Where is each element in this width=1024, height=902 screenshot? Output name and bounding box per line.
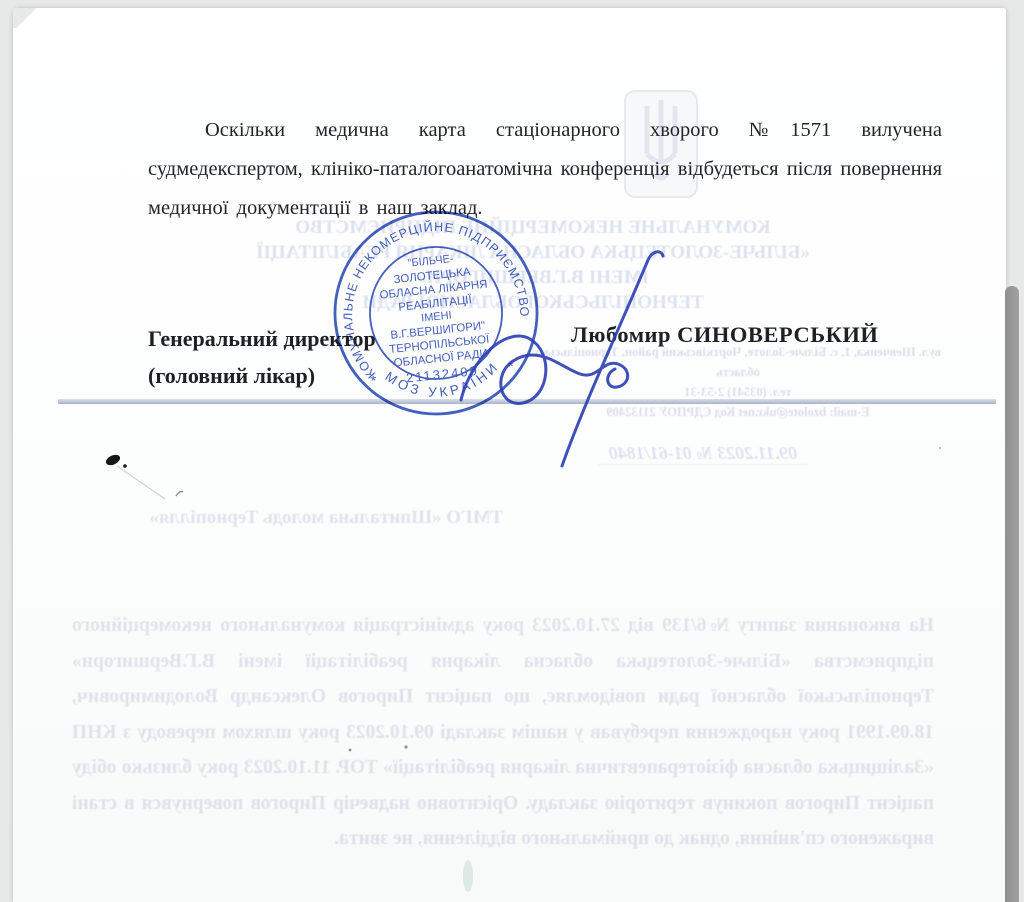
bleedthrough-ref-number: 09.11.2023 № 01-61/1840 (598, 443, 808, 465)
stamp-asterisk-left: * (370, 373, 378, 391)
stamp-center-line: ІМЕНІ (421, 309, 453, 324)
body-paragraph: Оскільки медична карта стаціонарного хво… (148, 111, 942, 228)
bleedthrough-address-block: вул. Шевченка, 1, с. Більче-Золоте, Чорт… (533, 342, 943, 422)
scrollbar-thumb[interactable] (1005, 286, 1019, 902)
bleedthrough-recipient-line: ТМГО «Шпитальна молодь Тернопілля» (148, 507, 503, 529)
document-page: КОМУНАЛЬНЕ НЕКОМЕРЦІЙНЕ ПІДПРИЄМСТВО «БІ… (13, 8, 1006, 902)
page-corner-fold (13, 8, 41, 28)
bleedthrough-address-line: E-mail: bzolote@ukr.net Код ЄДРПОУ 21132… (533, 402, 943, 422)
stamp-asterisk-right: * (507, 358, 515, 376)
bleedthrough-body-paragraph: На виконання запиту №6/139 від 27.10.202… (72, 608, 934, 857)
signer-name: Любомир СИНОВЕРСЬКИЙ (571, 322, 951, 348)
scanned-letter-viewer: КОМУНАЛЬНЕ НЕКОМЕРЦІЙНЕ ПІДПРИЄМСТВО «БІ… (0, 0, 1024, 902)
round-seal-stamp: КОМУНАЛЬНЕ НЕКОМЕРЦІЙНЕ ПІДПРИЄМСТВО МОЗ… (320, 197, 553, 430)
stamp-center-line: "БІЛЬЧЕ- (407, 253, 454, 270)
ink-blot (104, 453, 183, 499)
bleedthrough-address-line: вул. Шевченка, 1, с. Більче-Золоте, Чорт… (533, 342, 943, 382)
